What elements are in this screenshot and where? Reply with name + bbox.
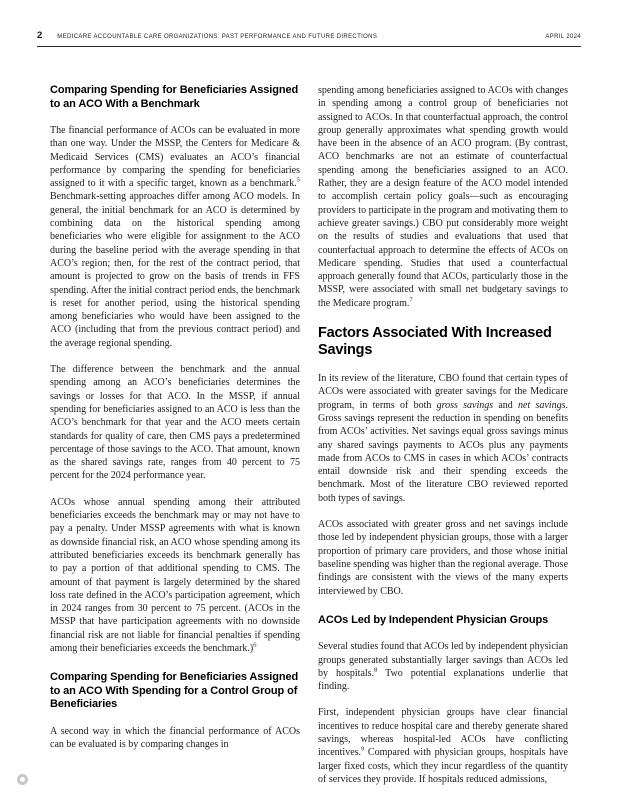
italic-term-net-savings: net savings <box>518 400 565 411</box>
paragraph-physician-groups-1: Several studies found that ACOs led by i… <box>318 640 568 693</box>
paragraph-control-group-2: spending among beneficiaries assigned to… <box>318 84 568 310</box>
text-segment: and <box>493 400 518 411</box>
header-date: APRIL 2024 <box>545 34 581 40</box>
page-number: 2 <box>37 30 42 41</box>
paragraph-factors-1: In its review of the literature, CBO fou… <box>318 372 568 505</box>
recycled-paper-icon <box>17 774 28 785</box>
paragraph-benchmark-3: ACOs whose annual spending among their a… <box>50 496 300 656</box>
paragraph-physician-groups-2: First, independent physician groups have… <box>318 706 568 786</box>
section-heading-control-group: Comparing Spending for Beneficiaries Ass… <box>50 671 300 712</box>
paragraph-control-group-1: A second way in which the financial perf… <box>50 725 300 752</box>
document-page: 2 MEDICARE ACCOUNTABLE CARE ORGANIZATION… <box>0 0 618 800</box>
text-segment: Benchmark-setting approaches differ amon… <box>50 191 300 348</box>
two-column-body: Comparing Spending for Beneficiaries Ass… <box>50 84 568 786</box>
section-heading-benchmark: Comparing Spending for Beneficiaries Ass… <box>50 84 300 111</box>
paragraph-benchmark-1: The financial performance of ACOs can be… <box>50 124 300 350</box>
paragraph-factors-2: ACOs associated with greater gross and n… <box>318 518 568 598</box>
subsection-heading-physician-groups: ACOs Led by Independent Physician Groups <box>318 614 568 628</box>
page-header: 2 MEDICARE ACCOUNTABLE CARE ORGANIZATION… <box>37 30 581 47</box>
footnote-ref-5: 5 <box>297 177 300 184</box>
running-title: MEDICARE ACCOUNTABLE CARE ORGANIZATIONS:… <box>57 34 377 40</box>
text-segment: . Gross savings represent the reduction … <box>318 400 568 504</box>
text-segment: spending among beneficiaries assigned to… <box>318 85 568 309</box>
right-column: spending among beneficiaries assigned to… <box>318 84 568 786</box>
paragraph-benchmark-2: The difference between the benchmark and… <box>50 363 300 483</box>
italic-term-gross-savings: gross savings <box>437 400 494 411</box>
text-segment: ACOs whose annual spending among their a… <box>50 497 300 654</box>
section-heading-factors: Factors Associated With Increased Saving… <box>318 325 568 359</box>
footnote-ref-6: 6 <box>253 642 256 649</box>
footnote-ref-7: 7 <box>409 296 412 303</box>
text-segment: The financial performance of ACOs can be… <box>50 125 300 189</box>
left-column: Comparing Spending for Beneficiaries Ass… <box>50 84 300 786</box>
